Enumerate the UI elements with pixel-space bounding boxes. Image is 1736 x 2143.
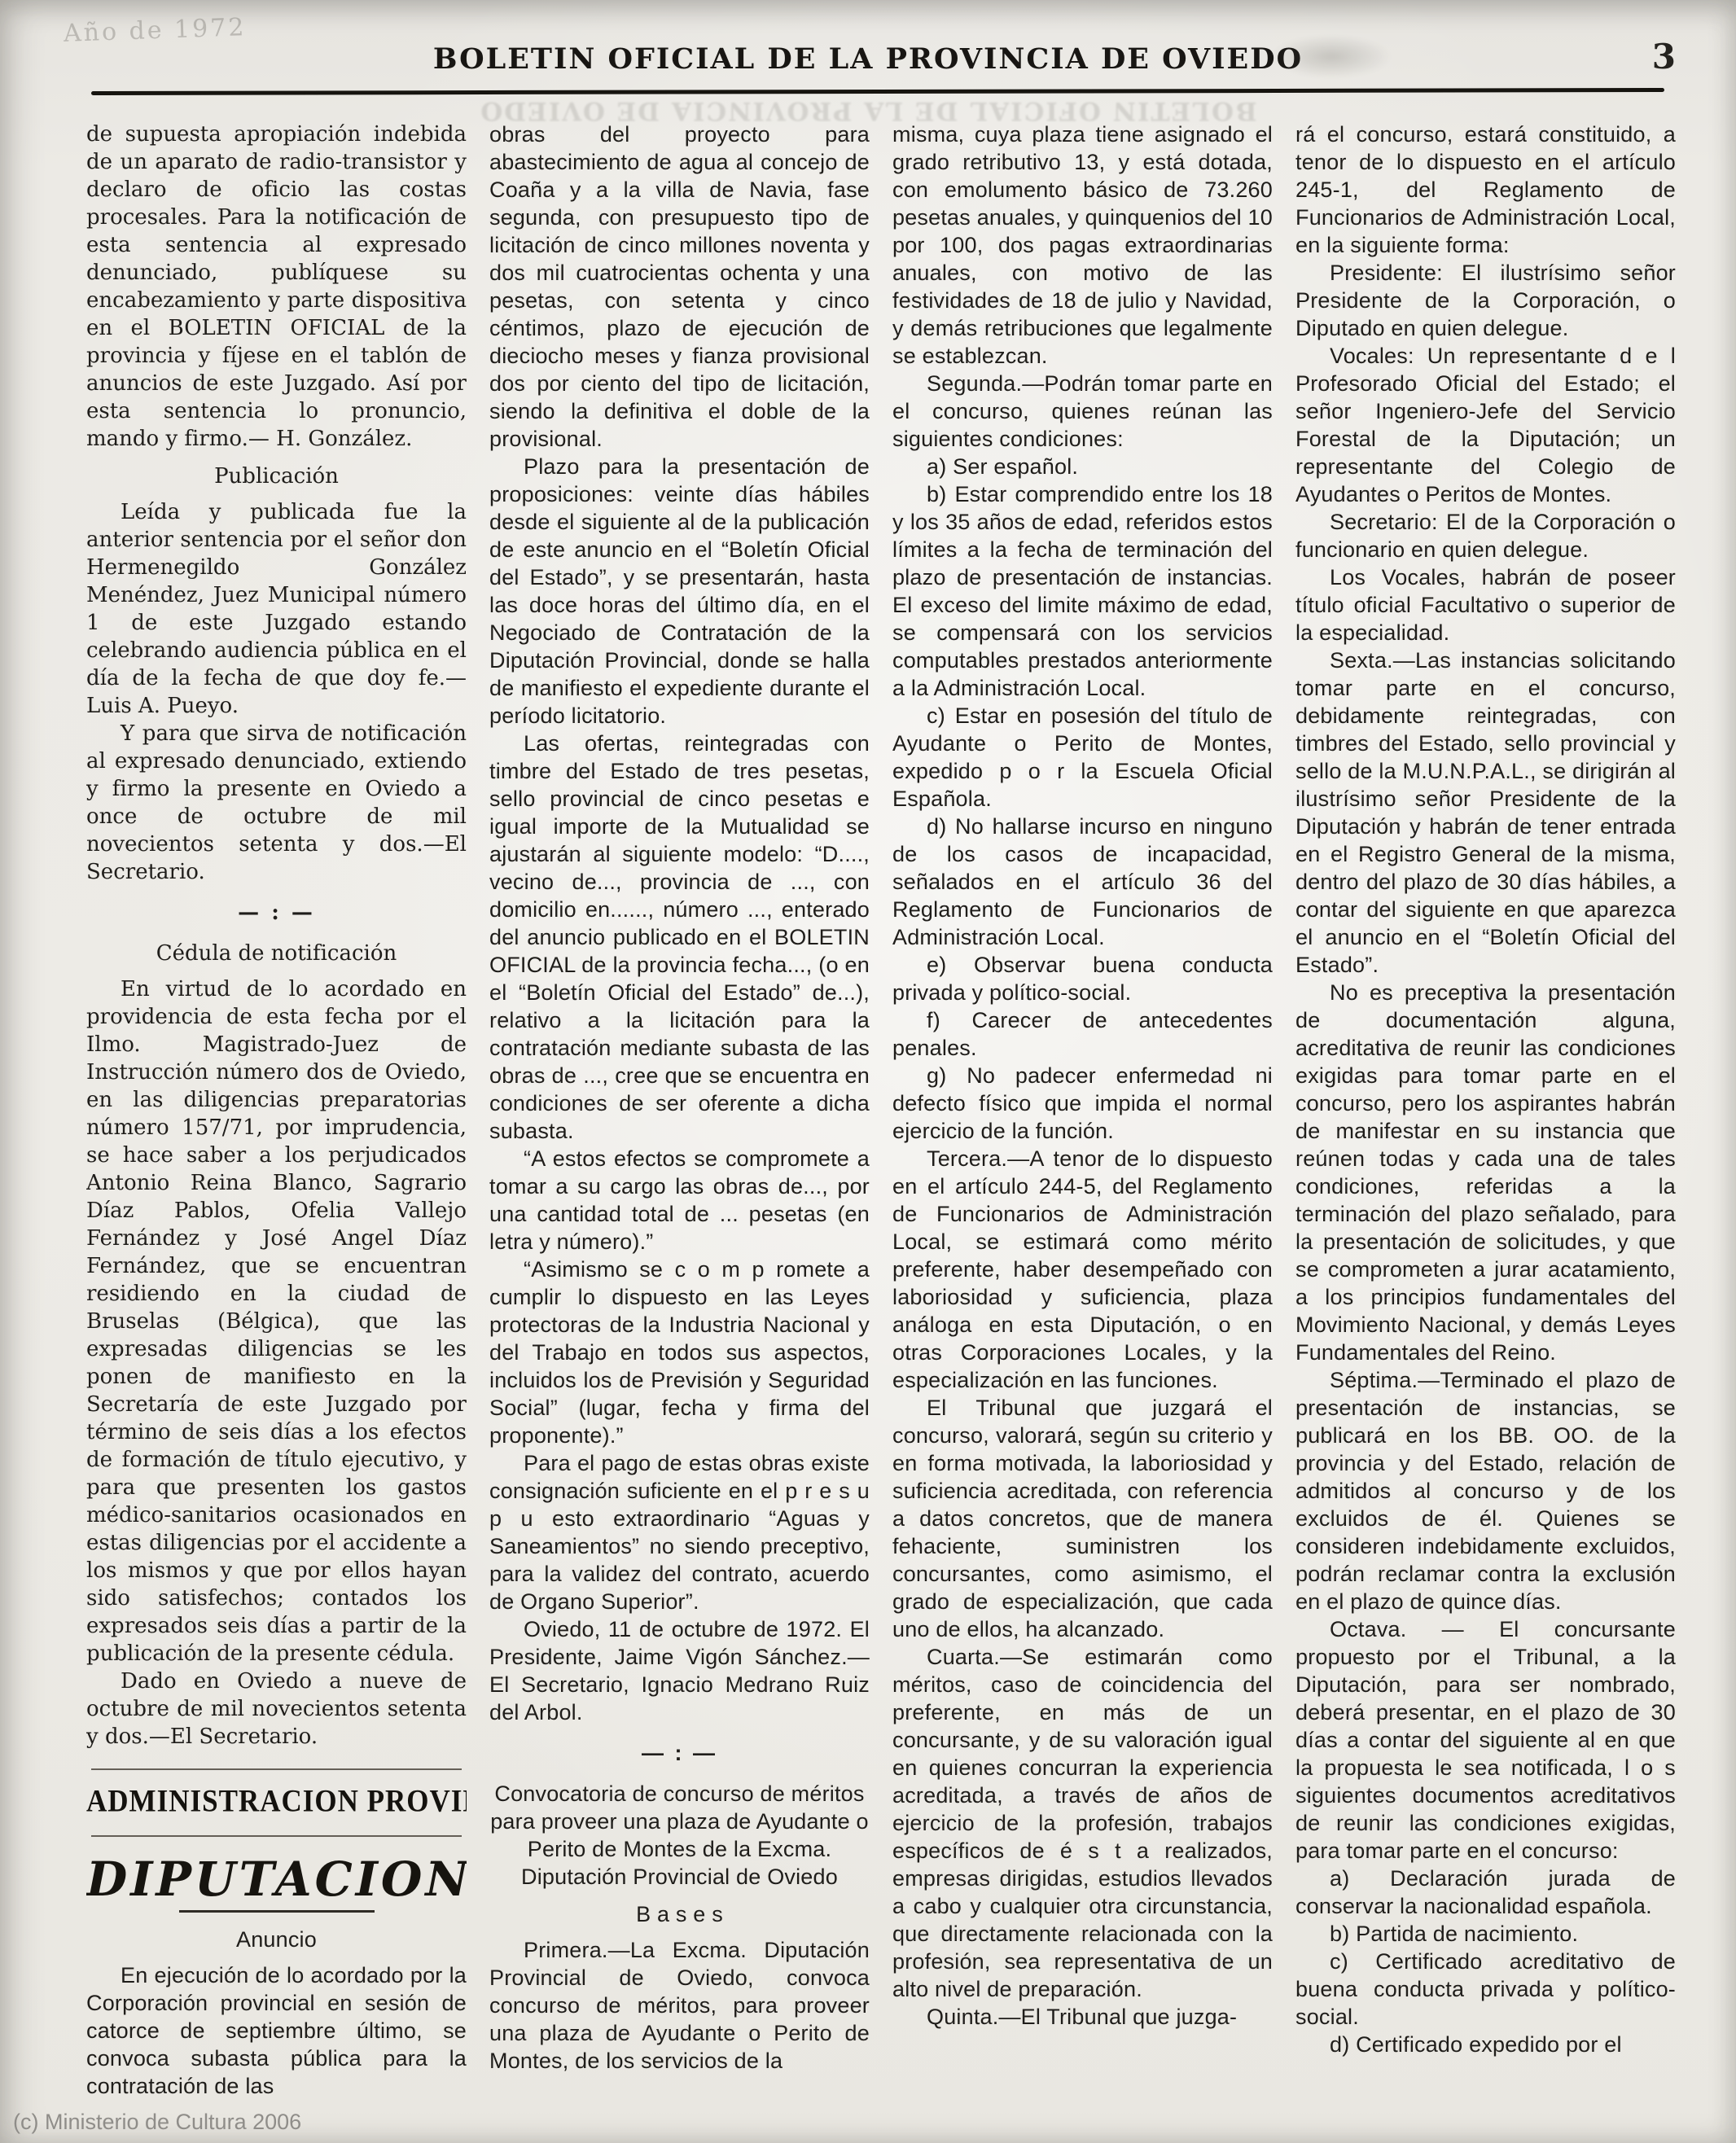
paragraph-continued: obras del proyecto para abastecimiento d… (489, 121, 870, 453)
column-4: rá el concurso, estará constituido, a te… (1295, 121, 1676, 2114)
section-heading: Publicación (86, 462, 467, 490)
paragraph-continued: rá el concurso, estará constituido, a te… (1295, 121, 1676, 259)
paragraph: Las ofertas, reintegradas con timbre del… (489, 730, 870, 1145)
paragraph: b) Partida de nacimiento. (1295, 1920, 1676, 1948)
section-heading: Anuncio (86, 1926, 467, 1953)
paragraph: d) Certificado expedido por el (1295, 2031, 1676, 2058)
paragraph: Séptima.—Terminado el plazo de presentac… (1295, 1366, 1676, 1615)
section-heading: Cédula de notificación (86, 940, 467, 967)
paragraph: Para el pago de estas obras existe consi… (489, 1449, 870, 1615)
paragraph: Y para que sirva de notificación al expr… (86, 720, 467, 886)
paragraph: Los Vocales, habrán de poseer título ofi… (1295, 563, 1676, 646)
paragraph: “A estos efectos se compromete a tomar a… (489, 1145, 870, 1256)
masthead-title: BOLETIN OFICIAL DE LA PROVINCIA DE OVIED… (0, 42, 1736, 76)
section-heading: B a s e s (489, 1900, 870, 1928)
paragraph: d) No hallarse incurso en ninguno de los… (892, 813, 1273, 951)
section-divider: — : — (86, 899, 467, 927)
paragraph: e) Observar buena conducta privada y pol… (892, 951, 1273, 1006)
paragraph: No es preceptiva la presentación de docu… (1295, 979, 1676, 1366)
paragraph: Cuarta.—Se estimarán como méritos, caso … (892, 1643, 1273, 2003)
paragraph: Segunda.—Podrán tomar parte en el concur… (892, 370, 1273, 453)
paragraph: Presidente: El ilustrísimo señor Preside… (1295, 259, 1676, 342)
paragraph: En ejecución de lo acordado por la Corpo… (86, 1961, 467, 2100)
paragraph: Vocales: Un representante d e l Profesor… (1295, 342, 1676, 508)
column-2: obras del proyecto para abastecimiento d… (489, 121, 870, 2114)
paragraph: Dado en Oviedo a nueve de octubre de mil… (86, 1668, 467, 1751)
rule (91, 1835, 462, 1837)
paragraph: En virtud de lo acordado en providencia … (86, 975, 467, 1668)
paragraph: Octava. — El concursante propuesto por e… (1295, 1615, 1676, 1865)
paragraph-continued: de supuesta apropiación indebida de un a… (86, 121, 467, 453)
paragraph: a) Ser español. (892, 453, 1273, 480)
diputacion-title: DIPUTACION (86, 1852, 467, 1907)
paragraph: c) Estar en posesión del título de Ayuda… (892, 702, 1273, 813)
paragraph: Sexta.—Las instancias solicitando tomar … (1295, 646, 1676, 979)
paragraph: Plazo para la presentación de proposicio… (489, 453, 870, 730)
column-1: de supuesta apropiación indebida de un a… (86, 121, 467, 2114)
ink-smudge (1270, 34, 1392, 79)
paragraph: “Asimismo se c o m p romete a cumplir lo… (489, 1256, 870, 1449)
paragraph: b) Estar comprendido entre los 18 y los … (892, 480, 1273, 702)
header-rule (91, 88, 1664, 95)
section-banner: ADMINISTRACION PROVINCIAL (86, 1783, 467, 1820)
paragraph: Tercera.—A tenor de lo dispuesto en el a… (892, 1145, 1273, 1394)
paragraph: El Tribunal que juzgará el concurso, val… (892, 1394, 1273, 1643)
paragraph: c) Certificado acreditativo de buena con… (1295, 1948, 1676, 2031)
paragraph: Quinta.—El Tribunal que juzga- (892, 2003, 1273, 2031)
page-number: 3 (1652, 37, 1676, 77)
section-divider: — : — (489, 1739, 870, 1767)
paragraph: Oviedo, 11 de octubre de 1972. El Presid… (489, 1615, 870, 1726)
announcement-heading: Convocatoria de concurso de méritos para… (489, 1780, 870, 1891)
paragraph: Leída y publicada fue la anterior senten… (86, 498, 467, 720)
paragraph-continued: misma, cuya plaza tiene asignado el grad… (892, 121, 1273, 370)
paragraph: a) Declaración jurada de conservar la na… (1295, 1865, 1676, 1920)
short-rule (179, 1910, 375, 1913)
scanned-bulletin-page: Año de 1972 BOLETIN OFICIAL DE LA PROVIN… (0, 0, 1736, 2143)
paragraph: Secretario: El de la Corporación o funci… (1295, 508, 1676, 563)
paragraph: Primera.—La Excma. Diputación Provincial… (489, 1936, 870, 2075)
column-3: misma, cuya plaza tiene asignado el grad… (892, 121, 1273, 2114)
archive-copyright: (c) Ministerio de Cultura 2006 (13, 2110, 301, 2135)
paragraph: g) No padecer enfermedad ni defecto físi… (892, 1062, 1273, 1145)
paragraph: f) Carecer de antecedentes penales. (892, 1006, 1273, 1062)
article-columns: de supuesta apropiación indebida de un a… (86, 121, 1676, 2114)
rule (91, 1768, 462, 1770)
